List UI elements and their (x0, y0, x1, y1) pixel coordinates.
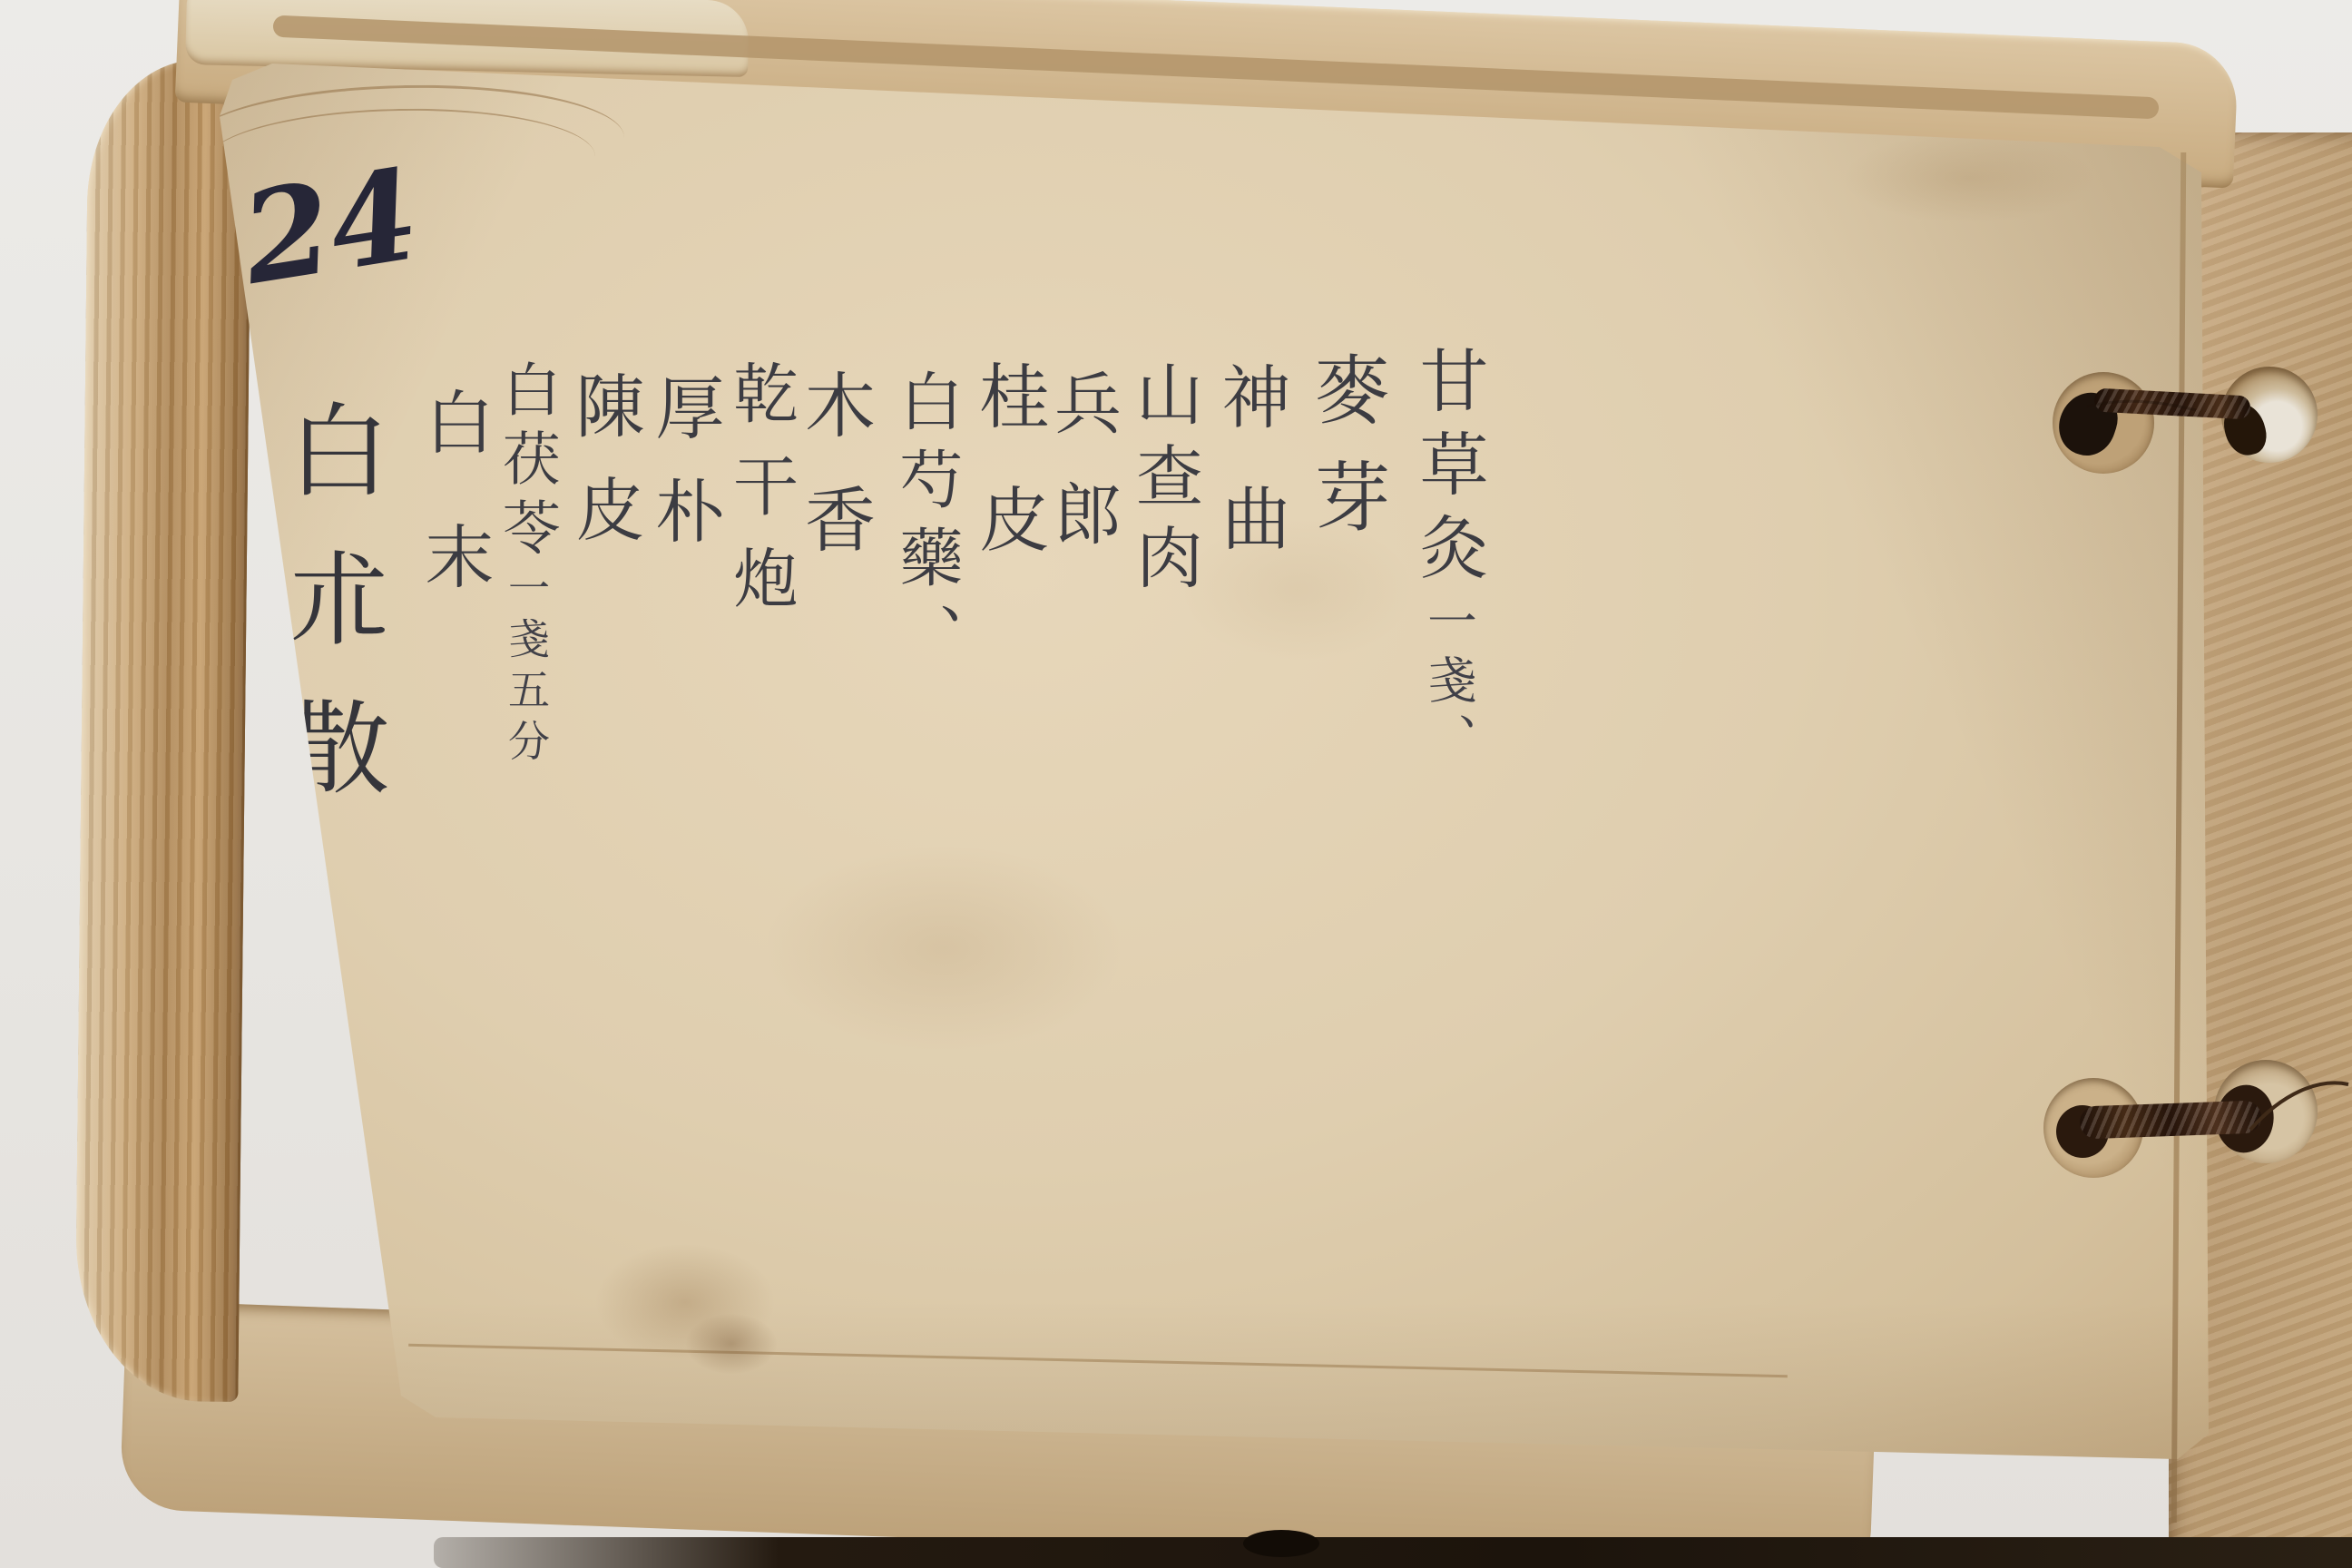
ingredient-column: 厚朴 (650, 372, 719, 579)
ingredient-column: 甘草灸一戔、 (1414, 345, 1483, 771)
binding-cord-bottom (2079, 1101, 2261, 1140)
ingredient-name: 厚朴 (644, 372, 725, 579)
page-number: 24 (232, 140, 427, 313)
ingredient-name: 山查肉 (1125, 359, 1203, 604)
ingredient-name: 白茯苓 (493, 359, 560, 566)
ingredient-name: 神曲 (1210, 361, 1291, 604)
ingredient-column: 神曲 (1216, 361, 1285, 604)
paper-stain (1842, 132, 2096, 223)
ingredient-name: 桂皮 (967, 359, 1049, 606)
ingredient-name: 麥芽 (1302, 350, 1391, 564)
ingredient-column: 木香 (799, 368, 869, 597)
notebook-page: 24 白朮散 甘草灸一戔、 麥芽 神曲 山查肉 兵郎 桂皮 白芍藥、 木香 乾干… (136, 45, 2250, 1506)
ingredient-column: 麥芽 (1308, 350, 1385, 564)
left-page-edge-stack (74, 59, 251, 1402)
ingredient-name: 木香 (793, 368, 875, 597)
ingredient-name: 白芍藥、 (889, 368, 964, 681)
ingredient-column: 桂皮 (973, 359, 1044, 606)
book-bottom-shadow-notch (1243, 1530, 1319, 1557)
ingredient-quantity: 一戔五分 (502, 566, 551, 769)
ingredient-column: 乾干炮 (728, 359, 793, 637)
ingredient-name: 陳皮 (564, 370, 645, 577)
ingredient-name: 甘草灸 (1408, 345, 1489, 595)
ingredient-name: 兵郎 (1044, 368, 1122, 590)
paper-stain (762, 844, 1125, 1053)
ingredient-name: 乾干炮 (722, 359, 799, 637)
ingredient-column: 陳皮 (570, 370, 639, 577)
bottom-crease-line (408, 1344, 1788, 1377)
ingredient-name: 白末 (414, 387, 495, 655)
photo-of-notebook: 24 白朮散 甘草灸一戔、 麥芽 神曲 山查肉 兵郎 桂皮 白芍藥、 木香 乾干… (0, 0, 2352, 1568)
ingredient-column: 白末 (419, 387, 488, 655)
paper-stain (686, 1314, 777, 1374)
book-bottom-shadow (434, 1537, 2352, 1568)
binding-hole-top-left (2053, 372, 2154, 474)
formula-title: 白朮散 (279, 397, 381, 844)
ingredient-quantity: 一戔、 (1419, 595, 1477, 771)
ingredient-column: 兵郎 (1049, 368, 1116, 590)
ingredient-column: 白茯苓一戔五分 (497, 359, 555, 769)
ingredient-column: 山查肉 (1131, 359, 1198, 604)
ingredient-column: 白芍藥、 (895, 368, 958, 681)
